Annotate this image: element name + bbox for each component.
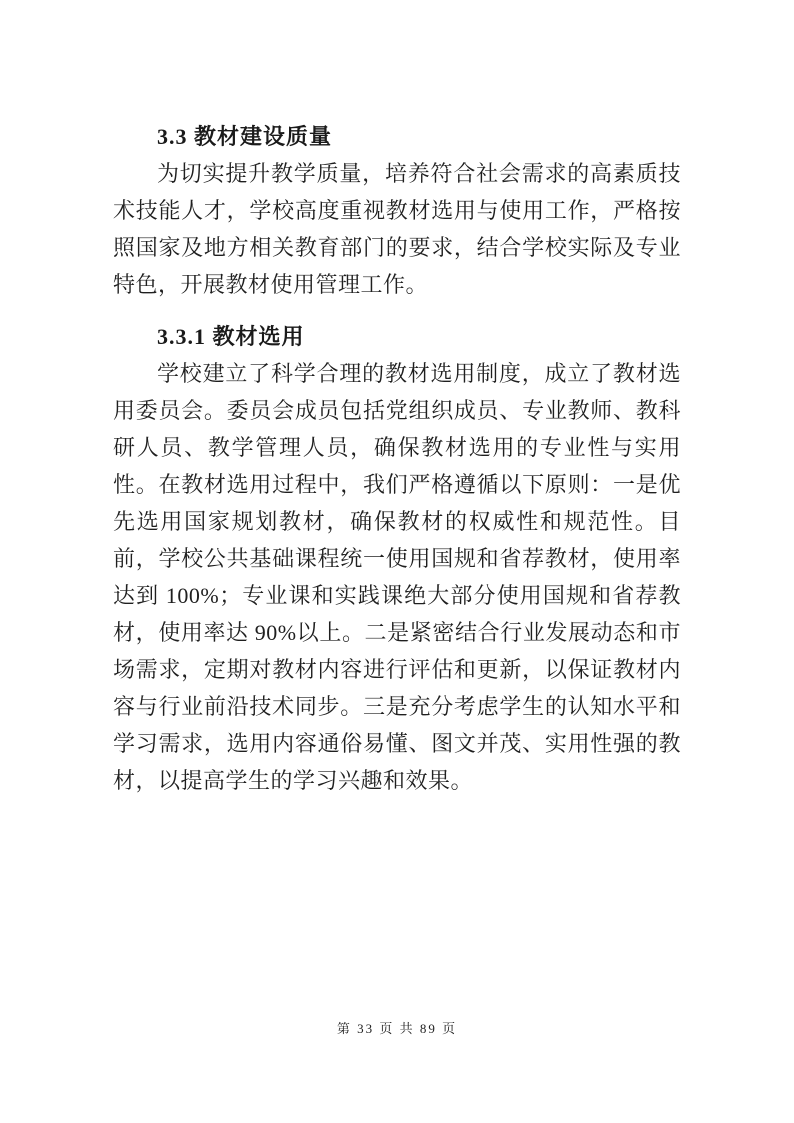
document-content: 3.3 教材建设质量 为切实提升教学质量，培养符合社会需求的高素质技术技能人才，… (113, 118, 681, 799)
document-page: 3.3 教材建设质量 为切实提升教学质量，培养符合社会需求的高素质技术技能人才，… (0, 0, 794, 1123)
section-heading-3-3-1: 3.3.1 教材选用 (113, 318, 681, 355)
section-heading-3-3: 3.3 教材建设质量 (113, 118, 681, 155)
section-3-3-1-paragraph: 学校建立了科学合理的教材选用制度，成立了教材选用委员会。委员会成员包括党组织成员… (113, 355, 681, 799)
section-3-3-paragraph: 为切实提升教学质量，培养符合社会需求的高素质技术技能人才，学校高度重视教材选用与… (113, 155, 681, 303)
page-number-footer: 第 33 页 共 89 页 (0, 1018, 794, 1037)
